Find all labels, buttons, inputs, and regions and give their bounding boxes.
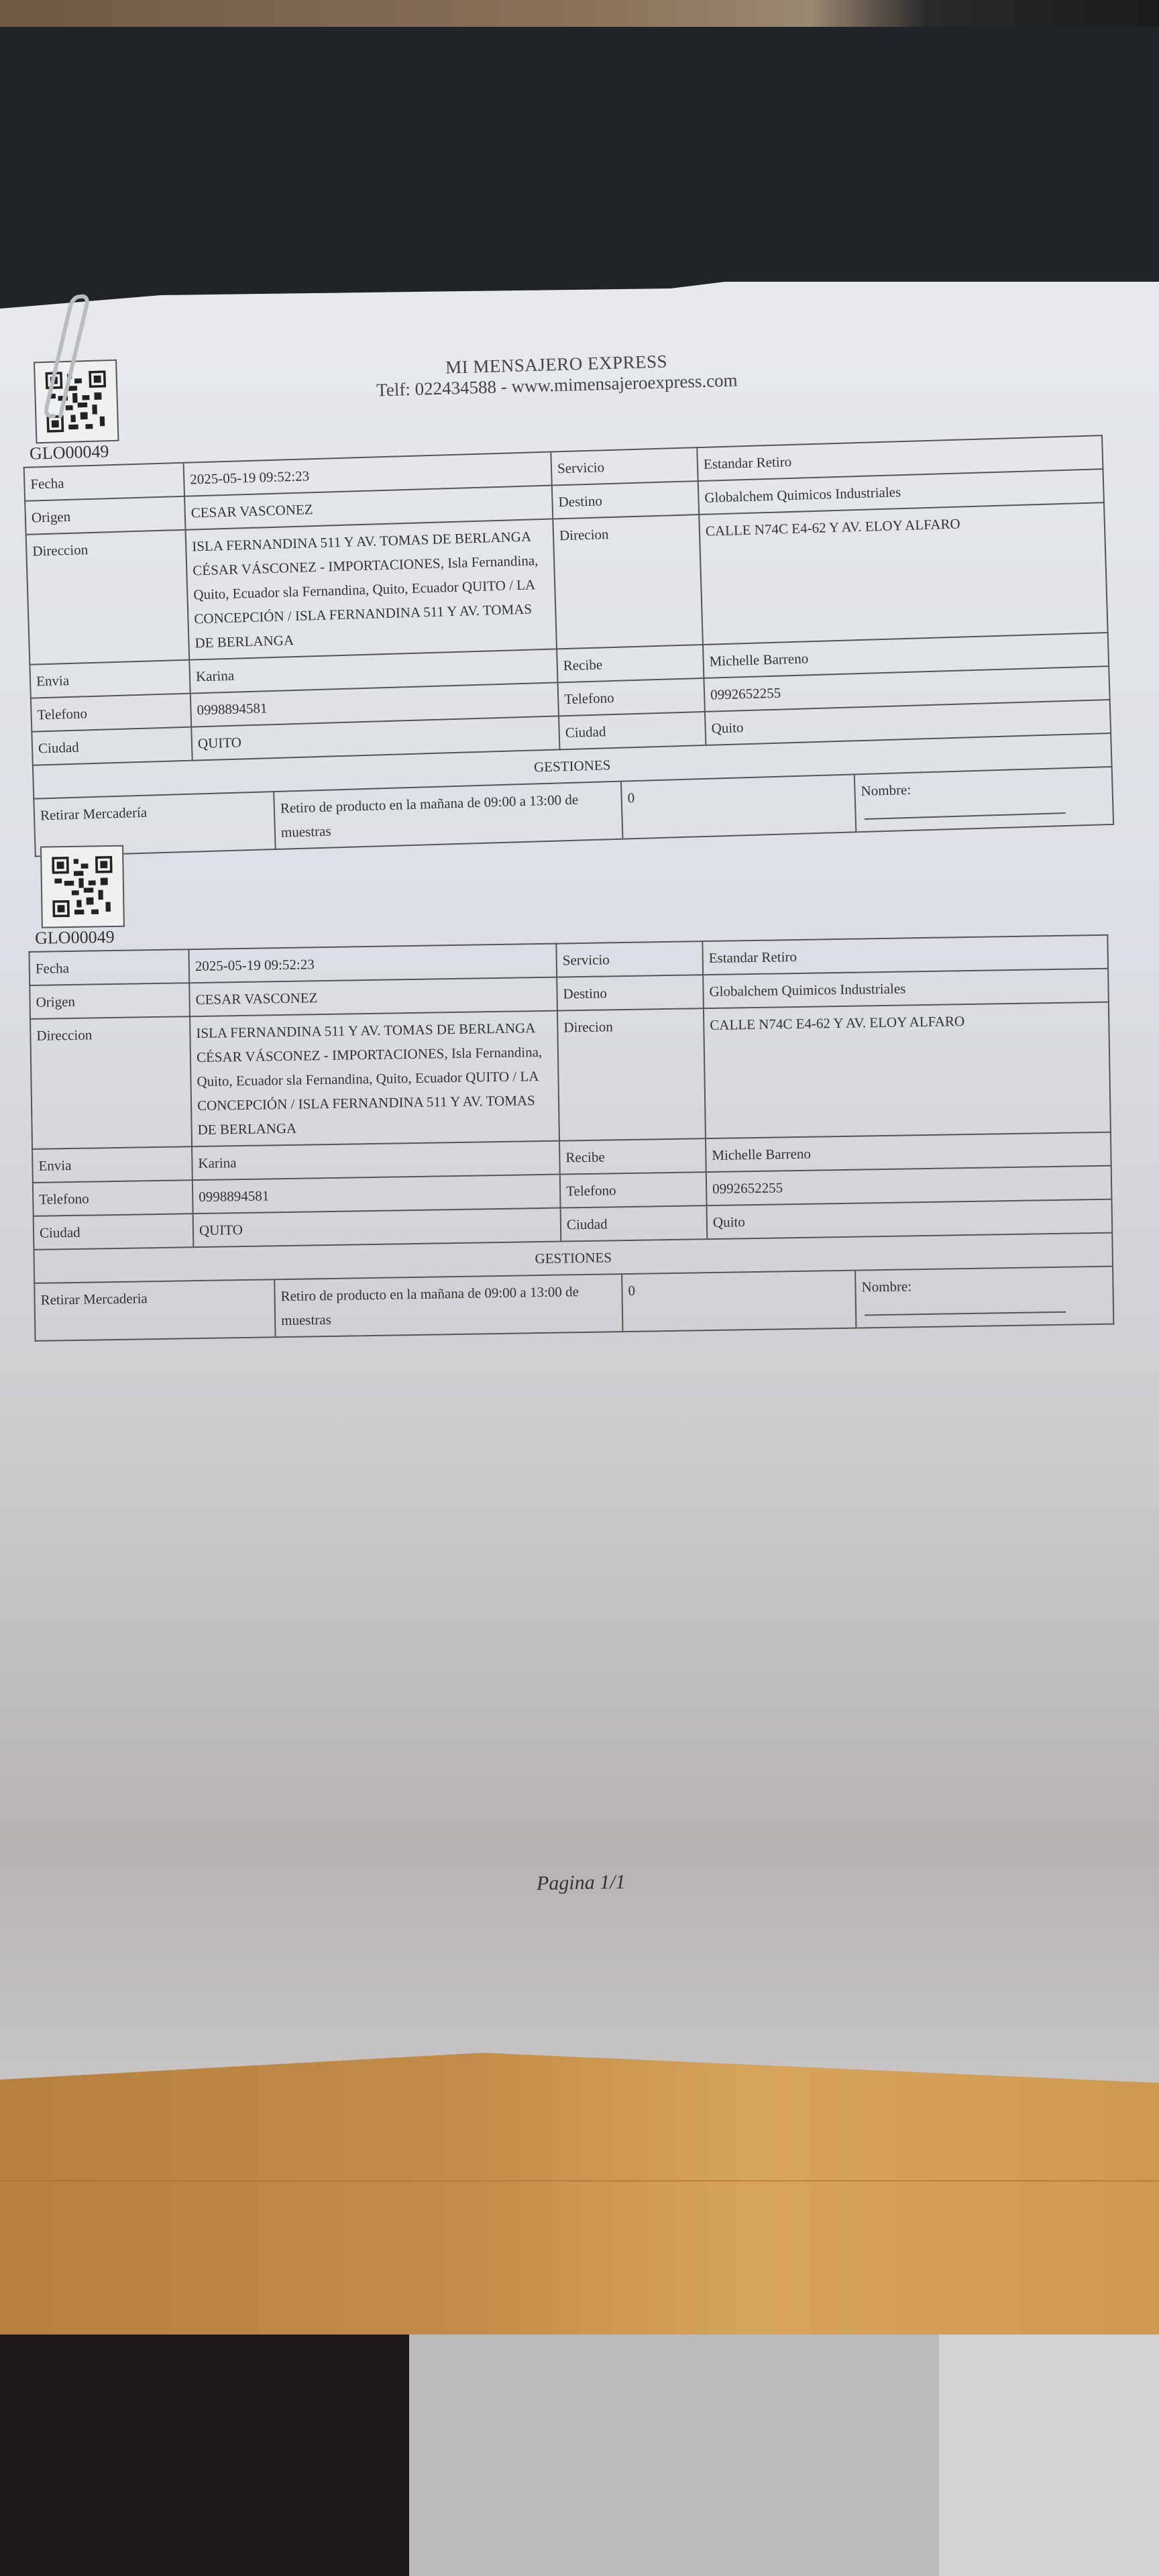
direccion-origen-label: Direccion [26, 530, 190, 665]
direccion-origen-value: ISLA FERNANDINA 511 Y AV. TOMAS DE BERLA… [186, 519, 557, 660]
waybill: GLO00049 Fecha 2025-05-19 09:52:23 Servi… [20, 330, 1114, 857]
destino-label: Destino [557, 975, 704, 1010]
signature-line [865, 1299, 1066, 1316]
recibe-label: Recibe [559, 1138, 706, 1174]
manila-envelope [0, 2053, 1159, 2368]
servicio-label: Servicio [556, 941, 703, 977]
envia-label: Envia [32, 1146, 192, 1183]
background-bottom-dark [0, 2334, 409, 2576]
origen-value: CESAR VASCONEZ [189, 977, 557, 1017]
fecha-label: Fecha [29, 949, 189, 985]
origen-label: Origen [30, 983, 190, 1019]
envia-label: Envia [30, 660, 190, 698]
telefono-origen-label: Telefono [33, 1180, 193, 1216]
background-bottom-light-right [939, 2334, 1159, 2576]
ciudad-origen-label: Ciudad [34, 1214, 194, 1250]
fecha-value: 2025-05-19 09:52:23 [188, 944, 557, 983]
gestion-detalle: Retiro de producto en la mañana de 09:00… [274, 1275, 622, 1336]
servicio-label: Servicio [551, 447, 698, 485]
gestion-valor: 0 [622, 1271, 856, 1331]
ciudad-origen-value: QUITO [193, 1208, 561, 1248]
nombre-signature-field[interactable]: Nombre: [855, 1267, 1113, 1328]
telefono-origen-value: 0998894581 [192, 1175, 561, 1214]
nombre-signature-field[interactable]: Nombre: [854, 767, 1113, 831]
destino-label: Destino [552, 481, 699, 519]
direccion-destino-label: Direcion [553, 515, 703, 649]
origen-label: Origen [25, 496, 185, 535]
direccion-destino-value: CALLE N74C E4-62 Y AV. ELOY ALFARO [699, 502, 1107, 645]
waybill: GLO00049 Fecha 2025-05-19 09:52:23 Servi… [27, 830, 1114, 1342]
waybill-table: Fecha 2025-05-19 09:52:23 Servicio Estan… [28, 934, 1114, 1342]
nombre-label: Nombre: [861, 1278, 912, 1295]
recibe-label: Recibe [557, 645, 704, 682]
ciudad-origen-label: Ciudad [32, 727, 192, 765]
direccion-origen-label: Direccion [30, 1016, 192, 1149]
envia-value: Karina [192, 1141, 560, 1181]
direccion-destino-value: CALLE N74C E4-62 Y AV. ELOY ALFARO [704, 1002, 1111, 1138]
gestion-valor: 0 [621, 775, 856, 838]
ciudad-destino-label: Ciudad [561, 1205, 708, 1241]
direccion-destino-label: Direcion [557, 1008, 706, 1140]
telefono-destino-label: Telefono [558, 678, 705, 716]
qr-code-icon [40, 845, 125, 928]
background-bottom-light [409, 2334, 939, 2576]
signature-line [864, 800, 1065, 820]
envelope-fold [0, 2180, 1159, 2182]
gestion-tipo: Retirar Mercaderia [35, 1280, 275, 1340]
waybill-table: Fecha 2025-05-19 09:52:23 Servicio Estan… [23, 435, 1115, 857]
fecha-label: Fecha [24, 463, 184, 501]
page-indicator: Pagina 1/1 [537, 1871, 626, 1895]
telefono-origen-label: Telefono [31, 694, 191, 732]
ciudad-destino-label: Ciudad [559, 712, 706, 749]
nombre-label: Nombre: [861, 782, 911, 799]
direccion-origen-value: ISLA FERNANDINA 511 Y AV. TOMAS DE BERLA… [190, 1011, 559, 1147]
paperclip-icon [34, 288, 101, 423]
telefono-destino-label: Telefono [560, 1172, 707, 1207]
